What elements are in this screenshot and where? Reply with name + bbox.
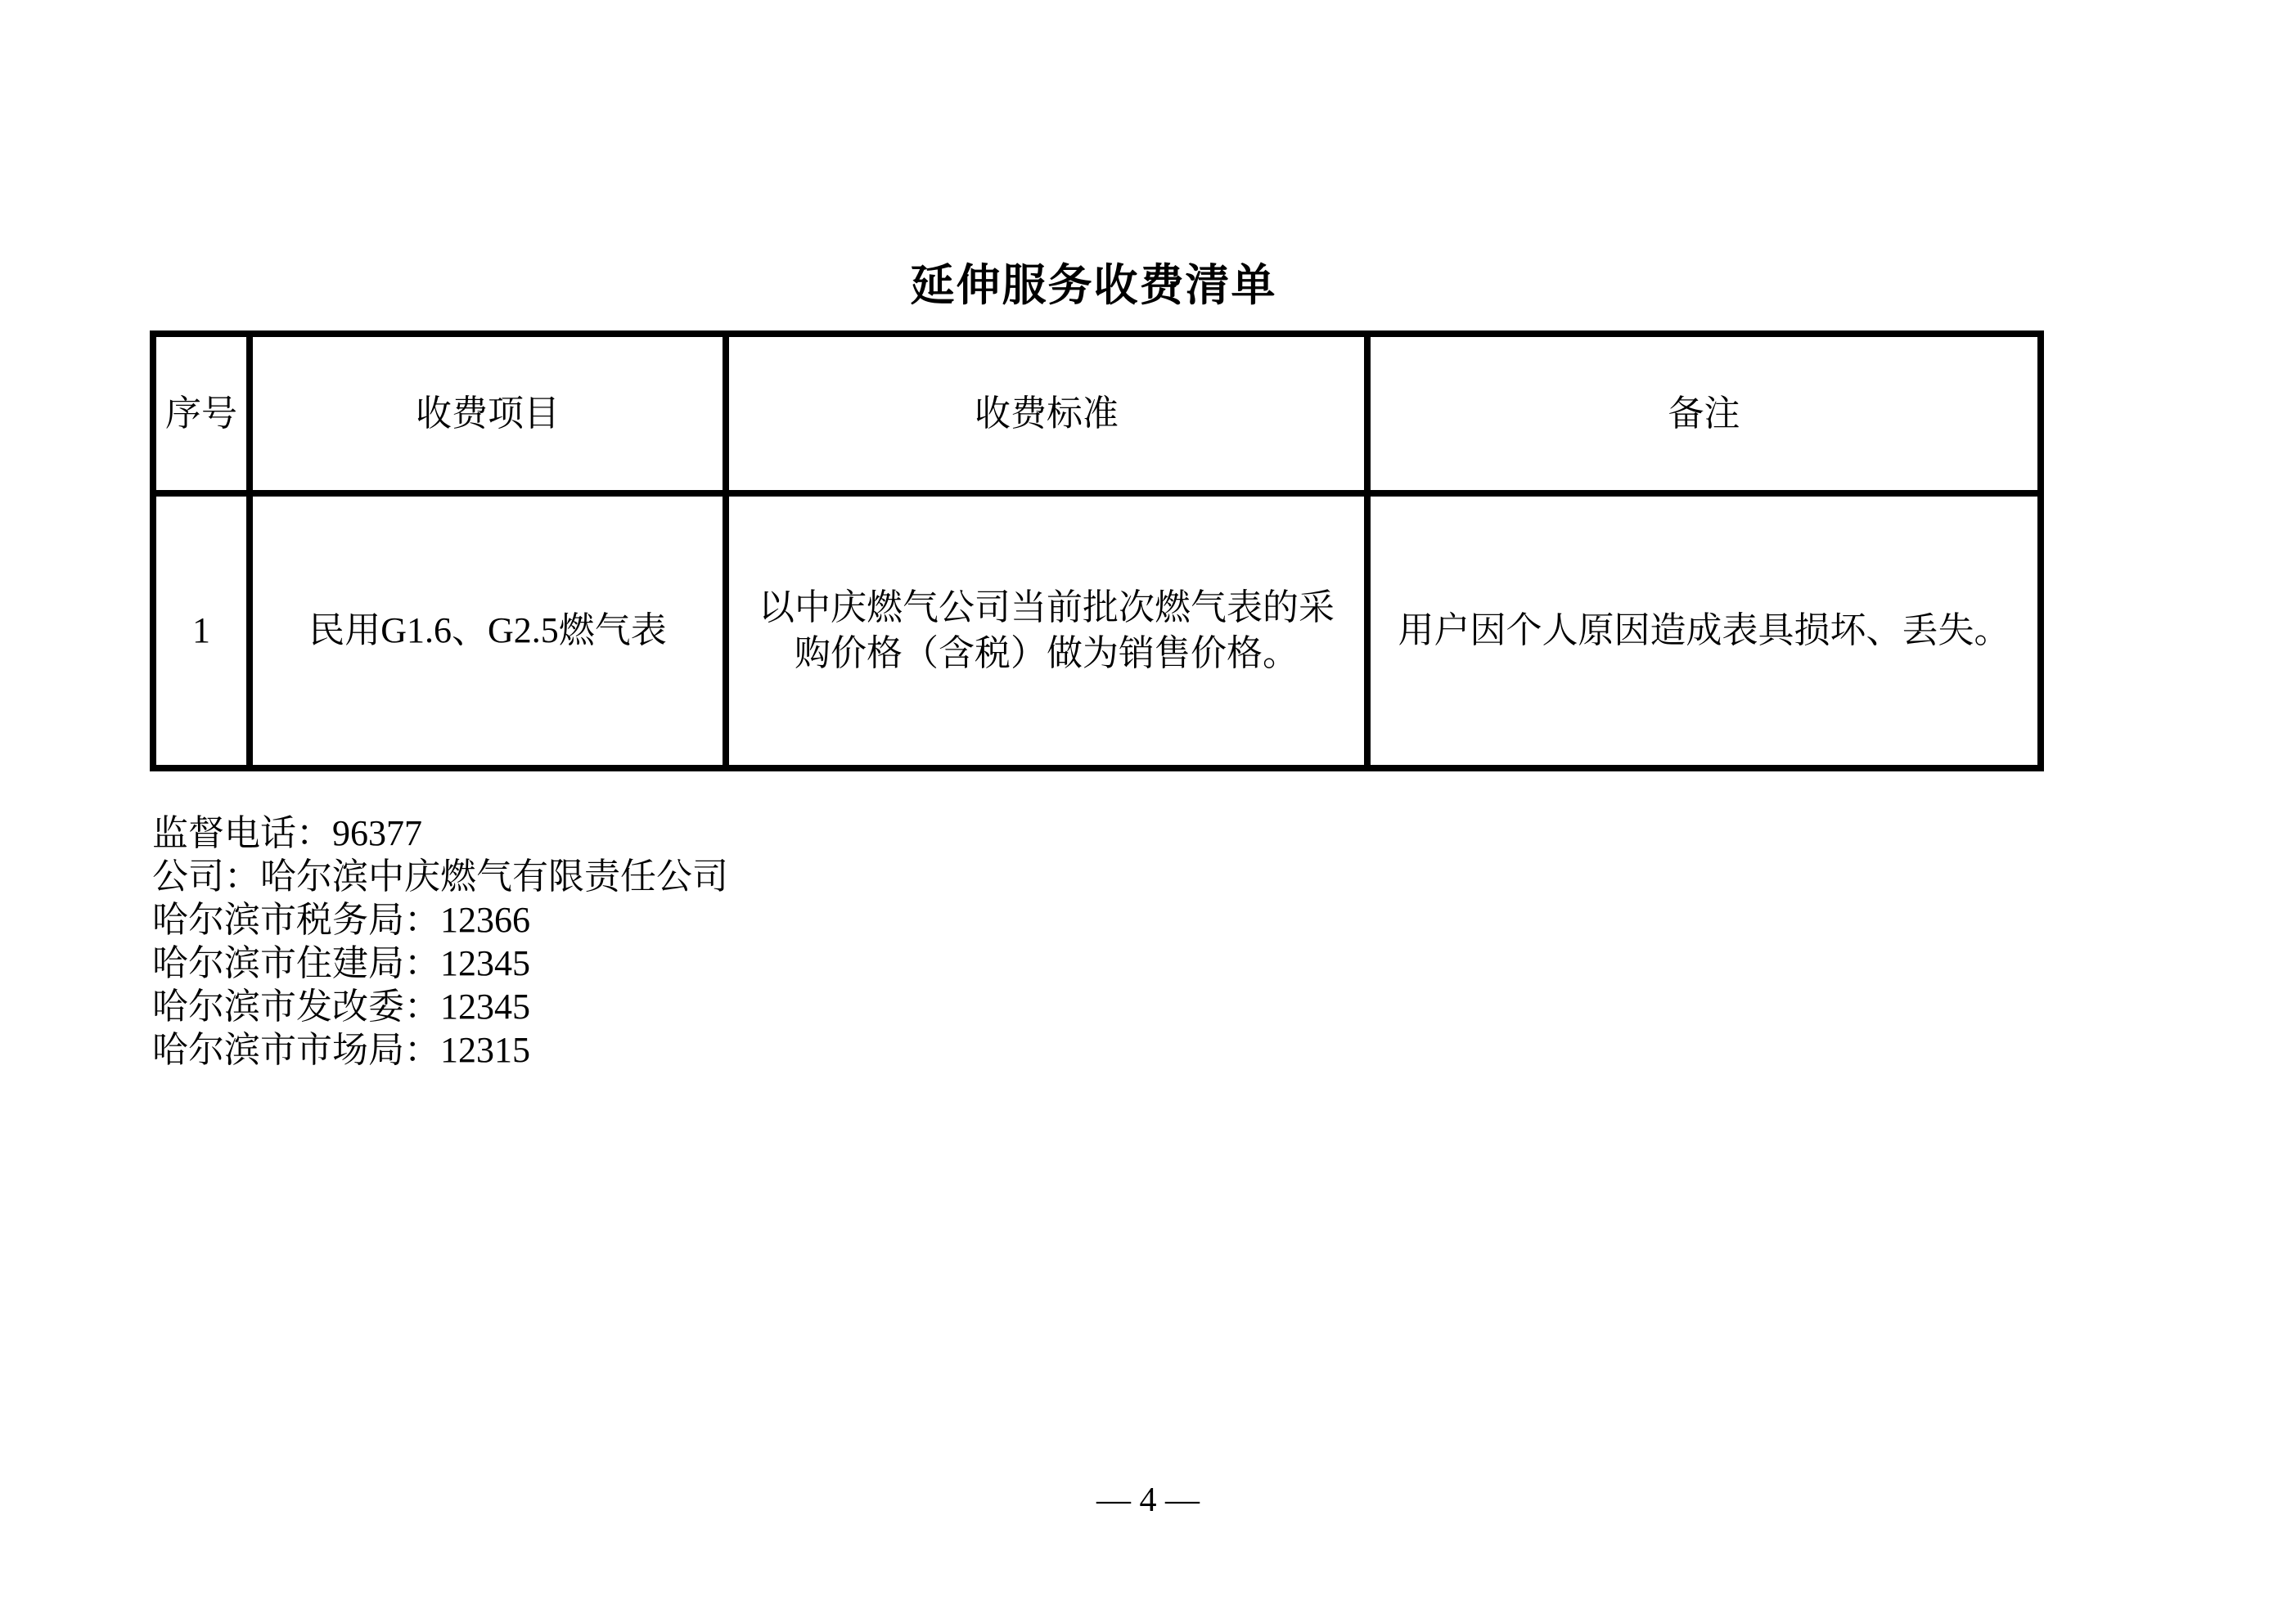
header-cell-remark: 备注	[1367, 334, 2041, 493]
cell-item: 民用G1.6、G2.5燃气表	[250, 493, 726, 768]
note-tax-bureau: 哈尔滨市税务局：12366	[152, 898, 728, 942]
cell-serial: 1	[153, 493, 250, 768]
header-cell-standard: 收费标准	[726, 334, 1367, 493]
header-cell-serial: 序号	[153, 334, 250, 493]
standard-line-1: 以中庆燃气公司当前批次燃气表的采	[734, 585, 1359, 631]
cell-remark: 用户因个人原因造成表具损坏、丢失。	[1367, 493, 2041, 768]
fee-table: 序号 收费项目 收费标准 备注 1 民用G1.6、G2.5燃气表 以中庆燃气公司…	[150, 330, 2044, 771]
note-housing-bureau: 哈尔滨市住建局：12345	[152, 942, 728, 985]
page-number: — 4 —	[0, 1479, 2296, 1522]
note-development-commission: 哈尔滨市发改委：12345	[152, 985, 728, 1028]
note-company: 公司：哈尔滨中庆燃气有限责任公司	[152, 855, 728, 898]
standard-line-2: 购价格（含税）做为销售价格。	[734, 631, 1359, 677]
page-title: 延伸服务收费清单	[150, 252, 2037, 319]
table-row: 1 民用G1.6、G2.5燃气表 以中庆燃气公司当前批次燃气表的采 购价格（含税…	[153, 493, 2041, 768]
note-market-bureau: 哈尔滨市市场局：12315	[152, 1028, 728, 1072]
cell-standard: 以中庆燃气公司当前批次燃气表的采 购价格（含税）做为销售价格。	[726, 493, 1367, 768]
note-supervision-phone: 监督电话：96377	[152, 811, 728, 855]
header-cell-item: 收费项目	[250, 334, 726, 493]
contact-notes: 监督电话：96377 公司：哈尔滨中庆燃气有限责任公司 哈尔滨市税务局：1236…	[152, 811, 728, 1072]
table-header-row: 序号 收费项目 收费标准 备注	[153, 334, 2041, 493]
